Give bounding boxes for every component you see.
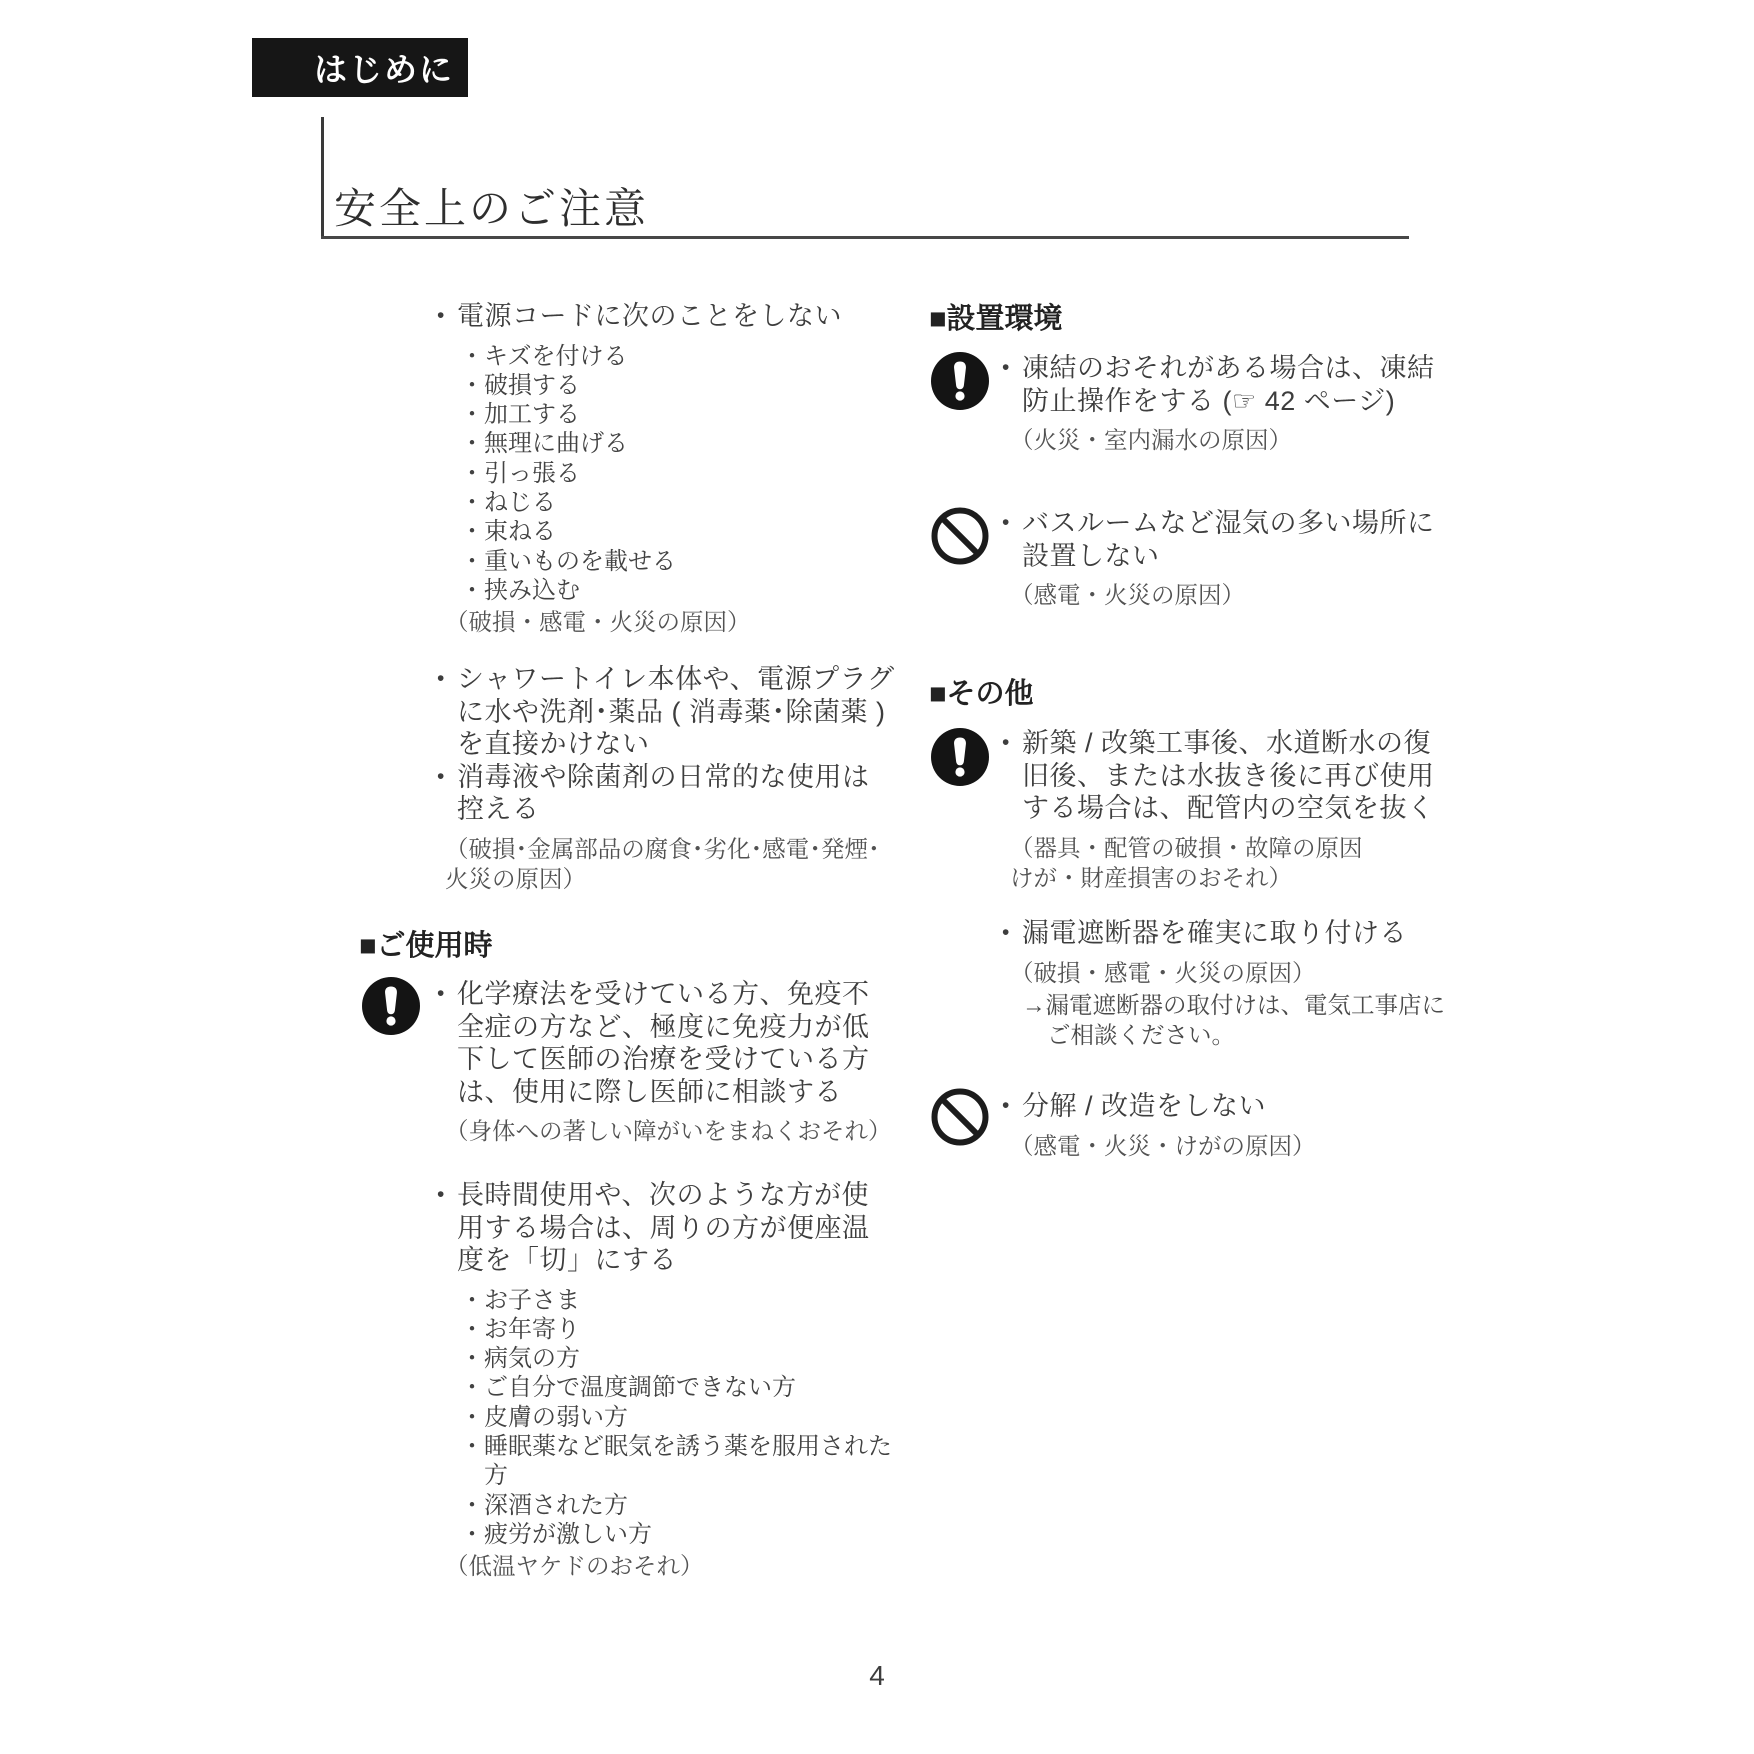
- sub-item: ・病気の方: [460, 1344, 937, 1373]
- title-vertical-rule: [321, 117, 324, 237]
- cause-text: （感電・火災・けがの原因）: [1010, 1131, 1502, 1161]
- sub-item: ・キズを付ける: [460, 342, 937, 371]
- item-text: 旧後、または水抜き後に再び使用: [1022, 760, 1502, 793]
- page-title: 安全上のご注意: [334, 176, 649, 236]
- cause-text: （低温ヤケドのおそれ）: [445, 1551, 937, 1581]
- list-item: •凍結のおそれがある場合は、凍結: [1022, 352, 1502, 385]
- item-text: は、使用に際し医師に相談する: [457, 1076, 937, 1109]
- item-text: する場合は、配管内の空気を抜く: [1022, 792, 1502, 825]
- cause-text: けが・財産損害のおそれ）: [1010, 863, 1502, 893]
- disassembly-item: •分解 / 改造をしない （感電・火災・けがの原因）: [1022, 1090, 1502, 1161]
- freeze-item: •凍結のおそれがある場合は、凍結 防止操作をする (☞ 42 ページ) （火災・…: [1022, 352, 1502, 455]
- item-text: 漏電遮断器を確実に取り付ける: [1022, 918, 1407, 948]
- item-text: 防止操作をする (☞ 42 ページ): [1022, 385, 1502, 418]
- sub-item: ・皮膚の弱い方: [460, 1403, 937, 1432]
- exclamation-circle-icon: [931, 728, 989, 786]
- item-text: 下して医師の治療を受けている方: [457, 1043, 937, 1076]
- bullet: •: [1002, 1090, 1010, 1123]
- sub-list: ・キズを付ける ・破損する ・加工する ・無理に曲げる ・引っ張る ・ねじる ・…: [460, 342, 937, 606]
- item-text: シャワートイレ本体や、電源プラグ: [457, 664, 895, 694]
- title-underline: [321, 236, 1409, 239]
- item-text: 全症の方など、極度に免疫力が低: [457, 1011, 937, 1044]
- sub-item: ・ご自分で温度調節できない方: [460, 1373, 937, 1402]
- item-text: に水や洗剤･薬品 ( 消毒薬･除菌薬 ): [457, 696, 937, 729]
- list-item: •漏電遮断器を確実に取り付ける: [1022, 917, 1502, 950]
- cause-text: （破損・感電・火災の原因）: [445, 607, 937, 637]
- note-text: →漏電遮断器の取付けは、電気工事店に: [1022, 990, 1502, 1020]
- exclamation-circle-icon: [362, 977, 420, 1035]
- item-text: 度を「切」にする: [457, 1244, 937, 1277]
- item-text: 分解 / 改造をしない: [1022, 1091, 1266, 1121]
- sub-list: ・お子さま ・お年寄り ・病気の方 ・ご自分で温度調節できない方 ・皮膚の弱い方…: [460, 1286, 937, 1550]
- sub-item: ・ねじる: [460, 488, 937, 517]
- sub-item: ・お子さま: [460, 1286, 937, 1315]
- no-entry-icon: [931, 507, 989, 565]
- item-text: を直接かけない: [457, 728, 937, 761]
- sub-item: ・引っ張る: [460, 459, 937, 488]
- item-text: 設置しない: [1022, 540, 1502, 573]
- cause-text: （破損･金属部品の腐食･劣化･感電･発煙･: [445, 834, 937, 864]
- sub-item: ・お年寄り: [460, 1315, 937, 1344]
- item-text: 用する場合は、周りの方が便座温: [457, 1212, 937, 1245]
- bullet: •: [1002, 727, 1010, 760]
- item-text: 電源コードに次のことをしない: [457, 301, 842, 331]
- cause-text: （火災・室内漏水の原因）: [1010, 425, 1502, 455]
- section-tab: はじめに: [252, 38, 468, 97]
- note-text: ご相談ください。: [1022, 1020, 1502, 1050]
- section-heading-usage: ■ご使用時: [359, 923, 493, 964]
- breaker-item: •漏電遮断器を確実に取り付ける （破損・感電・火災の原因） →漏電遮断器の取付け…: [1022, 917, 1502, 1050]
- list-item: •化学療法を受けている方、免疫不: [457, 978, 937, 1011]
- sub-item: ・重いものを載せる: [460, 547, 937, 576]
- list-item: •電源コードに次のことをしない: [457, 300, 937, 333]
- item-text: 新築 / 改築工事後、水道断水の復: [1022, 728, 1431, 758]
- cause-text: （身体への著しい障がいをまねくおそれ）: [445, 1116, 937, 1146]
- sub-item: ・深酒された方: [460, 1491, 937, 1520]
- item-text: 凍結のおそれがある場合は、凍結: [1022, 353, 1435, 383]
- bullet: •: [437, 1179, 445, 1212]
- cause-text: （器具・配管の破損・故障の原因: [1010, 833, 1502, 863]
- sub-item: ・破損する: [460, 371, 937, 400]
- cause-text: 火災の原因）: [445, 864, 937, 894]
- chemo-item: •化学療法を受けている方、免疫不 全症の方など、極度に免疫力が低 下して医師の治…: [457, 978, 937, 1146]
- bullet: •: [437, 761, 445, 794]
- no-entry-icon: [931, 1088, 989, 1146]
- manual-page: はじめに 安全上のご注意 •電源コードに次のことをしない ・キズを付ける ・破損…: [0, 0, 1754, 1754]
- list-item: •長時間使用や、次のような方が使: [457, 1179, 937, 1212]
- sub-item: ・睡眠薬など眠気を誘う薬を服用された: [460, 1432, 937, 1461]
- bullet: •: [437, 978, 445, 1011]
- sub-item: ・無理に曲げる: [460, 429, 937, 458]
- list-item: •シャワートイレ本体や、電源プラグ: [457, 663, 937, 696]
- sub-item: ・束ねる: [460, 517, 937, 546]
- cause-text: （破損・感電・火災の原因）: [1010, 958, 1502, 988]
- section-heading-environment: ■設置環境: [929, 296, 1063, 337]
- bullet: •: [1002, 917, 1010, 950]
- sub-item-continuation: 方: [460, 1461, 937, 1490]
- cause-text: （感電・火災の原因）: [1010, 580, 1502, 610]
- sub-item: ・加工する: [460, 400, 937, 429]
- construction-item: •新築 / 改築工事後、水道断水の復 旧後、または水抜き後に再び使用 する場合は…: [1022, 727, 1502, 893]
- exclamation-circle-icon: [931, 352, 989, 410]
- sub-item: ・疲労が激しい方: [460, 1520, 937, 1549]
- power-cord-item: •電源コードに次のことをしない ・キズを付ける ・破損する ・加工する ・無理に…: [457, 300, 937, 637]
- list-item: •新築 / 改築工事後、水道断水の復: [1022, 727, 1502, 760]
- list-item: •分解 / 改造をしない: [1022, 1090, 1502, 1123]
- item-text: 長時間使用や、次のような方が使: [457, 1180, 869, 1210]
- list-item: •消毒液や除菌剤の日常的な使用は: [457, 761, 937, 794]
- list-item: •バスルームなど湿気の多い場所に: [1022, 507, 1502, 540]
- no-water-item: •シャワートイレ本体や、電源プラグ に水や洗剤･薬品 ( 消毒薬･除菌薬 ) を…: [457, 663, 937, 894]
- sub-item: ・挟み込む: [460, 576, 937, 605]
- bullet: •: [437, 663, 445, 696]
- item-text: 控える: [457, 793, 937, 826]
- page-number: 4: [0, 1660, 1754, 1692]
- item-text: 化学療法を受けている方、免疫不: [457, 979, 870, 1009]
- item-text: 消毒液や除菌剤の日常的な使用は: [457, 762, 870, 792]
- bullet: •: [1002, 352, 1010, 385]
- bullet: •: [437, 300, 445, 333]
- item-text: バスルームなど湿気の多い場所に: [1022, 508, 1435, 538]
- section-tab-label: はじめに: [314, 44, 454, 91]
- bathroom-item: •バスルームなど湿気の多い場所に 設置しない （感電・火災の原因）: [1022, 507, 1502, 610]
- long-use-item: •長時間使用や、次のような方が使 用する場合は、周りの方が便座温 度を「切」にす…: [457, 1179, 937, 1581]
- section-heading-other: ■その他: [929, 671, 1034, 712]
- bullet: •: [1002, 507, 1010, 540]
